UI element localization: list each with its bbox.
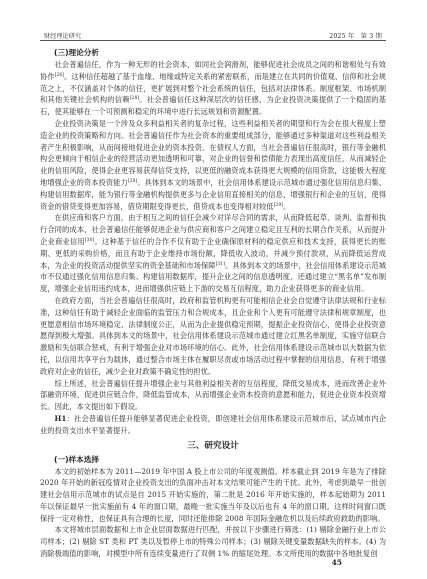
issue-info: 2025 年 第 3 期 [329,31,382,40]
text-run: 。 [283,202,290,211]
paragraph-sample-filtering: 本文将城市层面数据和上市企业层面数据进行匹配，并按以下步骤进行筛选：(1) 剔除… [40,524,386,559]
citation-ref[interactable]: [30] [85,238,94,243]
paragraph-social-trust: 社会普遍信任，作为一种无形的社会资本，如同社会润滑剂，能够促进社会成员之间的和谐… [40,59,386,118]
hypothesis-text: ：社会普遍信任提升能够显著促进企业投资，即创建社会信用体系建设示范城市后，试点城… [40,414,386,435]
paragraph-government: 在政府方面，当社会普遍信任很高时，政府和监管机构更有可能相信企业会自觉遵守法律法… [40,295,386,378]
citation-ref[interactable]: [28] [128,179,137,184]
journal-name: 财经理论研究 [44,31,81,40]
citation-ref[interactable]: [28] [130,96,139,101]
hypothesis-label: H1 [55,414,67,423]
paragraph-suppliers: 在供应商和客户方面，由于相互之间的信任会减少对详尽合同的需求，从而降低起草、谈判… [40,212,386,295]
subsection-heading-theory: (三)理论分析 [40,47,386,59]
page-number: 45 [332,558,342,567]
hypothesis-h1: H1：社会普遍信任提升能够显著促进企业投资，即创建社会信用体系建设示范城市后，试… [40,413,386,437]
citation-ref[interactable]: [26] [55,73,64,78]
citation-ref[interactable]: [31] [216,262,225,267]
article-body: (三)理论分析 社会普遍信任，作为一种无形的社会资本，如同社会润滑剂，能够促进社… [40,47,386,560]
paragraph-sample-period: 本文的初始样本为 2011—2019 年中国 A 股上市公司的年度观测值。样本截… [40,466,386,525]
citation-ref[interactable]: [29] [274,203,283,208]
text-run: 企业投资决策是一个涉及众多利益相关者的复杂过程，这些利益相关者的期望和行为会在很… [40,119,386,187]
section-heading-research-design: 三、研究设计 [40,439,386,454]
subsection-heading-sample: (一)样本选择 [40,454,386,466]
running-head: 财经理论研究 2025 年 第 3 期 [40,29,386,40]
paragraph-creditors: 企业投资决策是一个涉及众多利益相关者的复杂过程，这些利益相关者的期望和行为会在很… [40,118,386,212]
paragraph-summary: 综上所述，社会普遍信任提升增强企业与其他利益相关者的互信程度，降低交易成本，进而… [40,378,386,413]
header-rule [40,40,386,41]
